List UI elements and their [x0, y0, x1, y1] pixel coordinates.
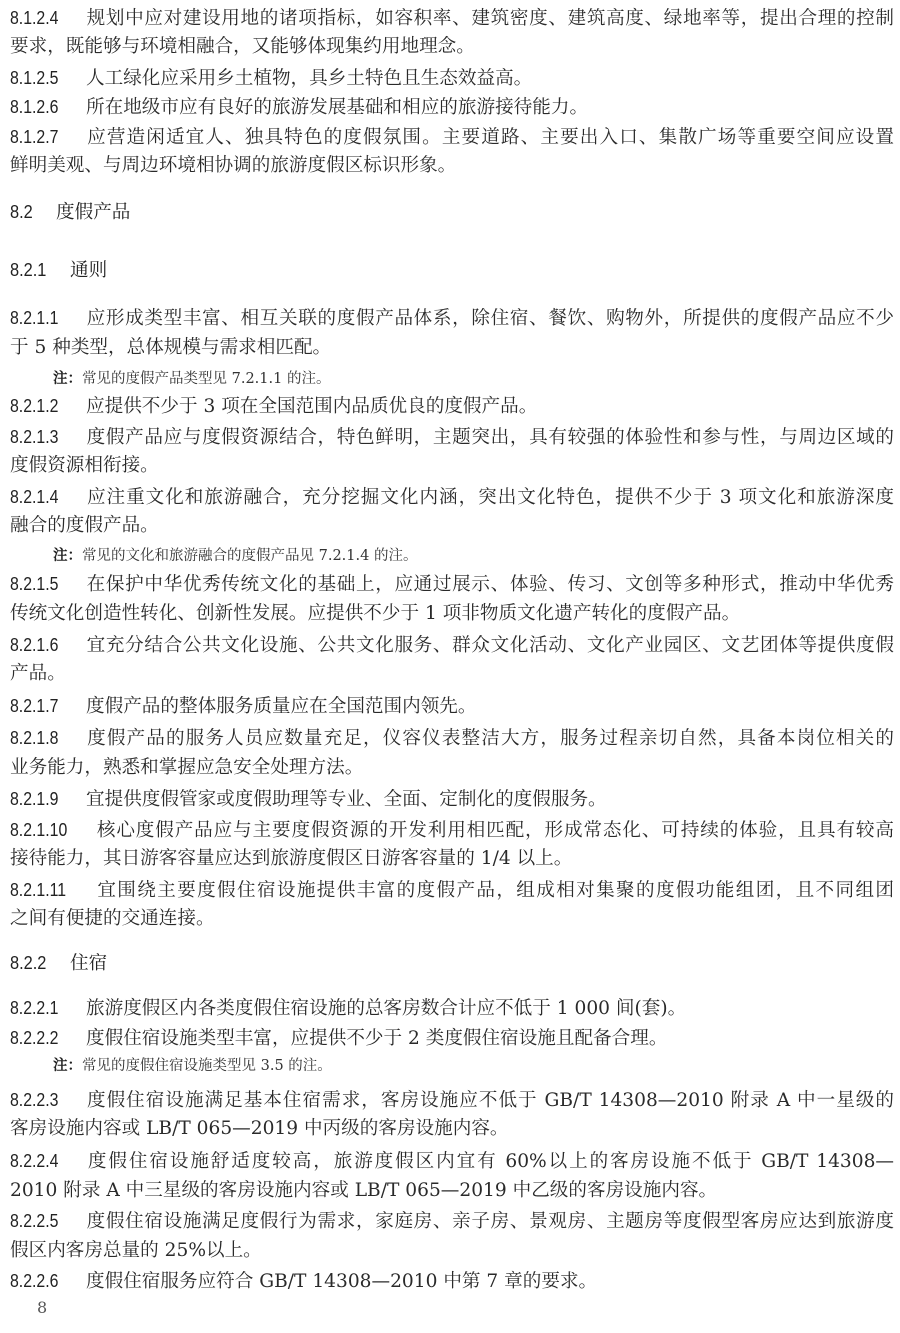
clause-text: 核心度假产品应与主要度假资源的开发利用相匹配，形成常态化、可持续的体验，且具有较…: [96, 820, 894, 841]
clause-continuation: 业务能力，熟悉和掌握应急安全处理方法。: [10, 754, 894, 782]
clause-8-1-2-6: 8.1.2.6所在地级市应有良好的旅游发展基础和相应的旅游接待能力。: [10, 93, 894, 121]
clause-8-2-2-5: 8.2.2.5度假住宿设施满足度假行为需求，家庭房、亲子房、景观房、主题房等度假…: [10, 1207, 894, 1235]
clause-text: 应注重文化和旅游融合，充分挖掘文化内涵，突出文化特色，提供不少于 3 项文化和旅…: [86, 487, 894, 508]
clause-continuation: 鲜明美观、与周边环境相协调的旅游度假区标识形象。: [10, 152, 894, 180]
clause-text: 宜充分结合公共文化设施、公共文化服务、群众文化活动、文化产业园区、文艺团体等提供…: [86, 635, 894, 656]
clause-continuation: 产品。: [10, 660, 894, 688]
clause-number: 8.2.2.6: [10, 1267, 65, 1295]
clause-number: 8.2.1.7: [10, 692, 65, 720]
note-text: 常见的度假住宿设施类型见 3.5 的注。: [82, 1058, 332, 1074]
clause-8-2-1-9: 8.2.1.9宜提供度假管家或度假助理等专业、全面、定制化的度假服务。: [10, 785, 894, 813]
clause-continuation: 之间有便捷的交通连接。: [10, 905, 894, 933]
clause-8-2-1-6: 8.2.1.6宜充分结合公共文化设施、公共文化服务、群众文化活动、文化产业园区、…: [10, 631, 894, 659]
note-text: 常见的文化和旅游融合的度假产品见 7.2.1.4 的注。: [82, 548, 417, 564]
heading-title: 度假产品: [56, 202, 130, 223]
clause-number: 8.2.1.9: [10, 785, 65, 813]
clause-8-2-1-2: 8.2.1.2应提供不少于 3 项在全国范围内品质优良的度假产品。: [10, 392, 894, 420]
heading-number: 8.2.2: [10, 948, 54, 978]
note: 注：常见的度假住宿设施类型见 3.5 的注。: [53, 1054, 332, 1078]
clause-continuation: 2010 附录 A 中三星级的客房设施内容或 LB/T 065—2019 中乙级…: [10, 1177, 894, 1205]
section-heading-8-2: 8.2度假产品: [10, 197, 130, 227]
clause-number: 8.2.1.1: [10, 304, 65, 332]
clause-text: 规划中应对建设用地的诸项指标，如容积率、建筑密度、建筑高度、绿地率等，提出合理的…: [86, 8, 894, 29]
heading-number: 8.2: [10, 197, 42, 227]
clause-text: 度假住宿设施舒适度较高，旅游度假区内宜有 60%以上的客房设施不低于 GB/T …: [86, 1151, 894, 1172]
clause-8-2-1-4: 8.2.1.4应注重文化和旅游融合，充分挖掘文化内涵，突出文化特色，提供不少于 …: [10, 483, 894, 511]
clause-number: 8.2.1.5: [10, 570, 65, 598]
document-page: 8.1.2.4规划中应对建设用地的诸项指标，如容积率、建筑密度、建筑高度、绿地率…: [0, 0, 900, 1333]
clause-8-1-2-5: 8.1.2.5人工绿化应采用乡土植物，具乡土特色且生态效益高。: [10, 64, 894, 92]
clause-text: 人工绿化应采用乡土植物，具乡土特色且生态效益高。: [86, 68, 532, 89]
clause-number: 8.1.2.6: [10, 93, 65, 121]
clause-text: 应营造闲适宜人、独具特色的度假氛围。主要道路、主要出入口、集散广场等重要空间应设…: [86, 127, 894, 148]
clause-8-2-1-3: 8.2.1.3度假产品应与度假资源结合，特色鲜明，主题突出，具有较强的体验性和参…: [10, 423, 894, 451]
note-label: 注：: [53, 548, 82, 564]
clause-text: 应提供不少于 3 项在全国范围内品质优良的度假产品。: [86, 396, 537, 417]
clause-number: 8.2.2.4: [10, 1147, 65, 1175]
clause-number: 8.2.1.2: [10, 392, 65, 420]
clause-8-1-2-7: 8.1.2.7应营造闲适宜人、独具特色的度假氛围。主要道路、主要出入口、集散广场…: [10, 123, 894, 151]
clause-text: 度假住宿设施满足基本住宿需求，客房设施应不低于 GB/T 14308—2010 …: [86, 1090, 894, 1111]
page-number: 8: [37, 1298, 47, 1317]
clause-text: 所在地级市应有良好的旅游发展基础和相应的旅游接待能力。: [86, 97, 588, 118]
note-label: 注：: [53, 1058, 82, 1074]
clause-8-2-1-11: 8.2.1.11宜围绕主要度假住宿设施提供丰富的度假产品，组成相对集聚的度假功能…: [10, 876, 894, 904]
clause-text: 度假住宿设施满足度假行为需求，家庭房、亲子房、景观房、主题房等度假型客房应达到旅…: [86, 1211, 894, 1232]
heading-number: 8.2.1: [10, 255, 54, 285]
clause-8-2-1-5: 8.2.1.5在保护中华优秀传统文化的基础上，应通过展示、体验、传习、文创等多种…: [10, 570, 894, 598]
clause-text: 宜围绕主要度假住宿设施提供丰富的度假产品，组成相对集聚的度假功能组团，且不同组团: [96, 880, 894, 901]
clause-number: 8.2.2.5: [10, 1207, 65, 1235]
clause-8-2-1-7: 8.2.1.7度假产品的整体服务质量应在全国范围内领先。: [10, 692, 894, 720]
clause-text: 度假产品的服务人员应数量充足，仪容仪表整洁大方，服务过程亲切自然，具备本岗位相关…: [86, 728, 894, 749]
clause-number: 8.2.1.4: [10, 483, 65, 511]
clause-text: 度假住宿服务应符合 GB/T 14308—2010 中第 7 章的要求。: [86, 1271, 597, 1292]
note-text: 常见的度假产品类型见 7.2.1.1 的注。: [82, 371, 330, 387]
section-heading-8-2-1: 8.2.1通则: [10, 255, 107, 285]
clause-number: 8.2.1.10: [10, 816, 75, 844]
clause-8-2-2-3: 8.2.2.3度假住宿设施满足基本住宿需求，客房设施应不低于 GB/T 1430…: [10, 1086, 894, 1114]
note-label: 注：: [53, 371, 82, 387]
clause-continuation: 接待能力，其日游客容量应达到旅游度假区日游客容量的 1/4 以上。: [10, 845, 894, 873]
clause-8-2-2-6: 8.2.2.6度假住宿服务应符合 GB/T 14308—2010 中第 7 章的…: [10, 1267, 894, 1295]
heading-title: 通则: [70, 260, 107, 281]
clause-number: 8.1.2.5: [10, 64, 65, 92]
clause-number: 8.2.1.3: [10, 423, 65, 451]
clause-continuation: 客房设施内容或 LB/T 065—2019 中丙级的客房设施内容。: [10, 1115, 894, 1143]
clause-text: 宜提供度假管家或度假助理等专业、全面、定制化的度假服务。: [86, 789, 607, 810]
clause-8-2-1-8: 8.2.1.8度假产品的服务人员应数量充足，仪容仪表整洁大方，服务过程亲切自然，…: [10, 724, 894, 752]
clause-text: 度假住宿设施类型丰富，应提供不少于 2 类度假住宿设施且配备合理。: [86, 1028, 667, 1049]
clause-8-2-2-1: 8.2.2.1旅游度假区内各类度假住宿设施的总客房数合计应不低于 1 000 间…: [10, 994, 894, 1022]
clause-8-2-1-10: 8.2.1.10核心度假产品应与主要度假资源的开发利用相匹配，形成常态化、可持续…: [10, 816, 894, 844]
clause-8-2-2-4: 8.2.2.4度假住宿设施舒适度较高，旅游度假区内宜有 60%以上的客房设施不低…: [10, 1147, 894, 1175]
clause-number: 8.2.2.1: [10, 994, 65, 1022]
clause-number: 8.2.1.11: [10, 876, 75, 904]
clause-number: 8.2.1.6: [10, 631, 65, 659]
clause-text: 旅游度假区内各类度假住宿设施的总客房数合计应不低于 1 000 间(套)。: [86, 998, 686, 1019]
heading-title: 住宿: [70, 953, 107, 974]
clause-text: 度假产品的整体服务质量应在全国范围内领先。: [86, 696, 476, 717]
note: 注：常见的文化和旅游融合的度假产品见 7.2.1.4 的注。: [53, 544, 417, 568]
clause-8-2-1-1: 8.2.1.1应形成类型丰富、相互关联的度假产品体系，除住宿、餐饮、购物外，所提…: [10, 304, 894, 332]
section-heading-8-2-2: 8.2.2住宿: [10, 948, 107, 978]
clause-continuation: 融合的度假产品。: [10, 512, 894, 540]
clause-number: 8.2.1.8: [10, 724, 65, 752]
clause-continuation: 传统文化创造性转化、创新性发展。应提供不少于 1 项非物质文化遗产转化的度假产品…: [10, 600, 894, 628]
clause-text: 应形成类型丰富、相互关联的度假产品体系，除住宿、餐饮、购物外，所提供的度假产品应…: [86, 308, 894, 329]
clause-text: 在保护中华优秀传统文化的基础上，应通过展示、体验、传习、文创等多种形式，推动中华…: [86, 574, 894, 595]
note: 注：常见的度假产品类型见 7.2.1.1 的注。: [53, 367, 330, 391]
clause-8-1-2-4: 8.1.2.4规划中应对建设用地的诸项指标，如容积率、建筑密度、建筑高度、绿地率…: [10, 4, 894, 32]
clause-8-2-2-2: 8.2.2.2度假住宿设施类型丰富，应提供不少于 2 类度假住宿设施且配备合理。: [10, 1024, 894, 1052]
clause-text: 度假产品应与度假资源结合，特色鲜明，主题突出，具有较强的体验性和参与性，与周边区…: [86, 427, 894, 448]
clause-continuation: 于 5 种类型，总体规模与需求相匹配。: [10, 334, 894, 362]
clause-number: 8.2.2.2: [10, 1024, 65, 1052]
clause-number: 8.2.2.3: [10, 1086, 65, 1114]
clause-continuation: 度假资源相衔接。: [10, 452, 894, 480]
clause-continuation: 假区内客房总量的 25%以上。: [10, 1237, 894, 1265]
clause-number: 8.1.2.7: [10, 123, 65, 151]
clause-continuation: 要求，既能够与环境相融合，又能够体现集约用地理念。: [10, 33, 894, 61]
clause-number: 8.1.2.4: [10, 4, 65, 32]
